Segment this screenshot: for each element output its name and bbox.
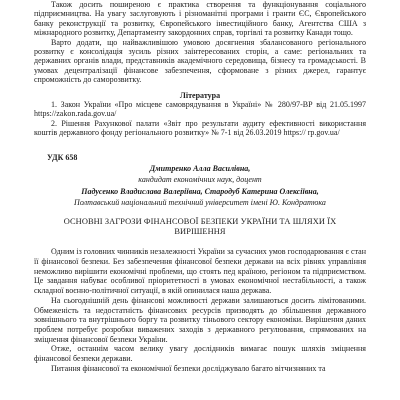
intro-paragraph: Варто додати, що найважливішою умовою до…	[34, 38, 366, 85]
author-affiliation: кандидат економічних наук, доцент	[34, 174, 366, 185]
author-name: Дмитренко Алла Василівна,	[34, 163, 366, 174]
document-page: Також досить поширеною є практика створе…	[0, 0, 400, 400]
body-paragraph: Питання фінансової та економічної безпек…	[34, 364, 366, 374]
author-name: Падусенко Владислава Валеріївна, Староду…	[34, 186, 366, 197]
intro-paragraph: Також досить поширеною є практика створе…	[34, 0, 366, 38]
literature-heading: Література	[34, 91, 366, 100]
reference-item: 2. Рішення Рахункової палати «Звіт про р…	[34, 119, 366, 138]
udc-label: УДК 658	[34, 153, 366, 162]
body-paragraph: Одним із головних чинників незалежності …	[34, 247, 366, 296]
paper-title: ОСНОВНІ ЗАГРОЗИ ФІНАНСОВОЇ БЕЗПЕКИ УКРАЇ…	[49, 217, 351, 237]
body-paragraph: На сьогоднішній день фінансові можливост…	[34, 296, 366, 345]
reference-item: 1. Закон України «Про місцеве самоврядув…	[34, 100, 366, 119]
authors-block: Дмитренко Алла Василівна, кандидат еконо…	[34, 163, 366, 208]
author-affiliation: Полтавський національний технічний уніве…	[34, 197, 366, 208]
body-paragraph: Отже, останнім часом велику увагу дослід…	[34, 344, 366, 363]
